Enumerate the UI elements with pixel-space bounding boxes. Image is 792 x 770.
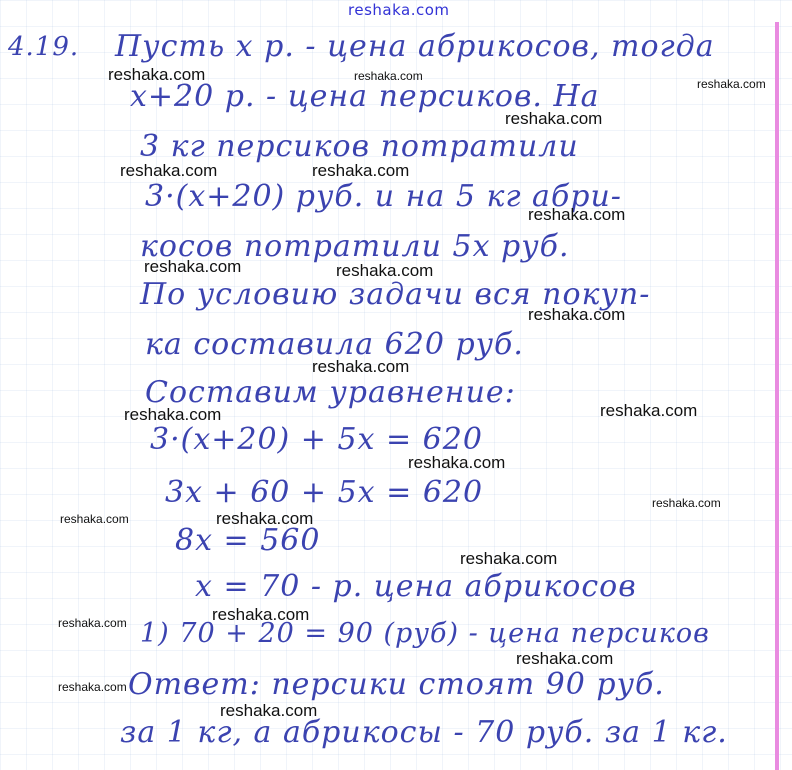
solution-line: Составим уравнение: — [145, 378, 516, 408]
equation-line: 3x + 60 + 5x = 620 — [165, 478, 483, 508]
watermark: reshaka.com — [144, 258, 241, 275]
watermark: reshaka.com — [58, 681, 127, 693]
watermark: reshaka.com — [120, 162, 217, 179]
watermark: reshaka.com — [216, 510, 313, 527]
equation-line: 3·(x+20) + 5x = 620 — [150, 425, 483, 455]
watermark: reshaka.com — [697, 78, 766, 90]
page-margin-line — [775, 22, 779, 770]
watermark: reshaka.com — [60, 513, 129, 525]
watermark: reshaka.com — [124, 406, 221, 423]
equation-line: 8x = 560 — [175, 526, 320, 556]
watermark: reshaka.com — [220, 702, 317, 719]
watermark: reshaka.com — [505, 110, 602, 127]
watermark: reshaka.com — [516, 650, 613, 667]
watermark: reshaka.com — [652, 497, 721, 509]
step-line: 1) 70 + 20 = 90 (руб) - цена персиков — [140, 620, 710, 647]
watermark: reshaka.com — [528, 206, 625, 223]
watermark: reshaka.com — [408, 454, 505, 471]
watermark: reshaka.com — [528, 306, 625, 323]
watermark: reshaka.com — [212, 606, 309, 623]
problem-number: 4.19. — [8, 34, 79, 60]
watermark: reshaka.com — [58, 617, 127, 629]
watermark: reshaka.com — [312, 358, 409, 375]
watermark: reshaka.com — [460, 550, 557, 567]
watermark: reshaka.com — [600, 402, 697, 419]
solution-line: x+20 р. - цена персиков. На — [130, 82, 600, 112]
equation-line: x = 70 - р. цена абрикосов — [195, 572, 637, 602]
watermark: reshaka.com — [354, 70, 423, 82]
watermark-top: reshaka.com — [348, 3, 450, 18]
watermark: reshaka.com — [108, 66, 205, 83]
solution-line: 3 кг персиков потратили — [140, 132, 579, 162]
solution-line: ка составила 620 руб. — [145, 330, 524, 360]
solution-line: Пусть x р. - цена абрикосов, тогда — [115, 32, 715, 62]
answer-line: за 1 кг, а абрикосы - 70 руб. за 1 кг. — [120, 718, 728, 748]
watermark: reshaka.com — [312, 162, 409, 179]
watermark: reshaka.com — [336, 262, 433, 279]
answer-line: Ответ: персики стоят 90 руб. — [128, 670, 665, 700]
